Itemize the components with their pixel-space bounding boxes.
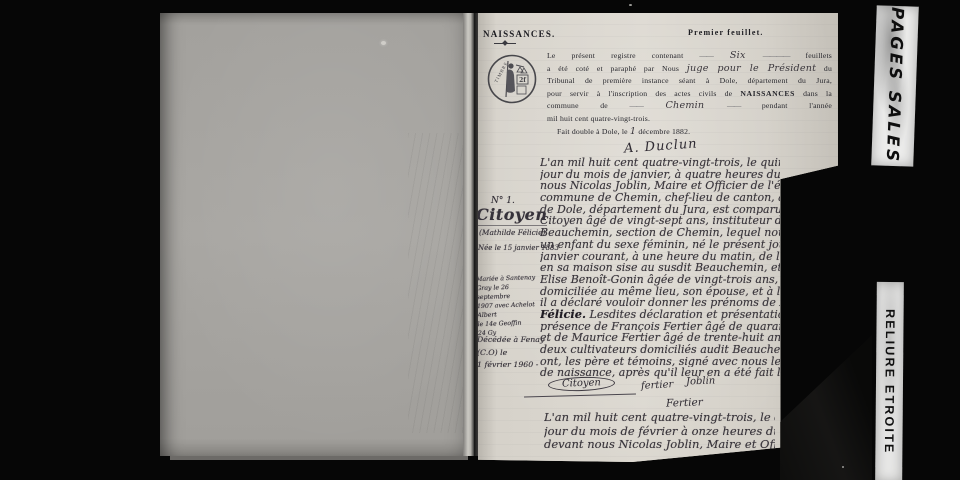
text-segment: ―― xyxy=(727,101,740,110)
text-segment: mil huit cent quatre-vingt-trois. xyxy=(547,114,650,123)
text-line: commune de ―― Chemin ―― pendant l'année xyxy=(547,100,832,113)
text-segment: ―― xyxy=(629,101,642,110)
ornament-divider xyxy=(494,41,516,46)
text-line: Elise Benoît-Gonin âgée de vingt-trois a… xyxy=(540,274,780,286)
text-segment: janvier courant, à une heure du matin, d… xyxy=(540,251,780,263)
text-line: a été coté et paraphé par Nous juge pour… xyxy=(547,63,832,76)
text-line: il a déclaré vouloir donner les prénoms … xyxy=(540,297,780,309)
label-reliure-etroite-text: RELIURE ETROITE xyxy=(882,309,897,455)
text-segment: Six xyxy=(713,50,763,61)
text-segment: décembre 1882. xyxy=(636,127,690,136)
text-line: Le présent registre contenant ―― Six ―――… xyxy=(547,50,832,63)
ornament-diamond xyxy=(502,40,508,46)
text-line: domiciliée au même lieu, son épouse, et … xyxy=(540,286,780,298)
text-segment: Fait double à Dole, le xyxy=(557,127,630,136)
margin-marriage-note: Mariée à SantenayGray le 26 septembre190… xyxy=(476,273,544,338)
dust-speck xyxy=(629,4,632,6)
text-segment: Lesdites déclaration et présentation fai… xyxy=(586,309,780,321)
text-segment: L'an mil huit cent quatre-vingt-trois, l… xyxy=(544,411,775,424)
text-line: pour servir à l'inscription des actes ci… xyxy=(547,88,832,101)
timbre-stamp-seal: 2f TIMBRE xyxy=(486,53,538,105)
feuillet-heading: Premier feuillet. xyxy=(688,28,764,37)
left-blank-page xyxy=(160,13,472,456)
text-segment: L'an mil huit cent quatre-vingt-trois, l… xyxy=(540,157,780,169)
right-register-page: NAISSANCES. Premier feuillet. 2f TIMBRE … xyxy=(478,13,846,462)
stamp-denomination-text: 2f xyxy=(519,77,526,84)
text-segment: commune de Chemin, chef-lieu de canton, … xyxy=(540,192,780,204)
text-segment: Elise Benoît-Gonin âgée de vingt-trois a… xyxy=(540,274,780,286)
signature-officer: Joblin xyxy=(686,375,716,387)
note-line: 1 février 1960 - xyxy=(477,359,547,372)
text-line: deux cultivateurs domiciliés audit Beauc… xyxy=(540,344,780,356)
text-segment: juge pour le Président xyxy=(687,63,816,74)
text-line: Beauchemin, section de Chemin, lequel no… xyxy=(540,227,780,239)
text-segment: jour du mois de février à onze heures du… xyxy=(544,425,775,438)
text-segment: ont, les père et témoins, signé avec nou… xyxy=(540,356,780,368)
text-line: ont, les père et témoins, signé avec nou… xyxy=(540,356,780,368)
text-line: jour du mois de février à onze heures du… xyxy=(544,425,775,439)
gutter-seam xyxy=(474,13,478,456)
act1-body-text: L'an mil huit cent quatre-vingt-trois, l… xyxy=(540,157,780,379)
text-segment: et de Maurice Fertier âgé de trente-huit… xyxy=(540,332,780,344)
archival-scan: NAISSANCES. Premier feuillet. 2f TIMBRE … xyxy=(0,0,960,480)
note-line: (C.O) le xyxy=(477,347,547,360)
president-signature: A. Duclun xyxy=(624,136,699,156)
label-reliure-etroite: RELIURE ETROITE xyxy=(875,282,904,480)
left-page-under-edge xyxy=(170,456,468,460)
note-line: Décédée à Fenay xyxy=(477,334,547,347)
text-line: jour du mois de janvier, à quatre heures… xyxy=(540,169,780,181)
text-segment: Félicie. xyxy=(540,309,586,321)
label-pages-sales: PAGES SALES xyxy=(871,5,919,166)
text-segment: dans la xyxy=(795,89,832,98)
text-segment: Citoyen âgé de vingt-sept ans, institute… xyxy=(540,215,780,227)
signature-witness1: fertier xyxy=(641,379,674,392)
register-preamble: Le présent registre contenant ―― Six ―――… xyxy=(547,50,832,138)
text-line: commune de Chemin, chef-lieu de canton, … xyxy=(540,192,780,204)
text-line: un enfant du sexe féminin, né le présent… xyxy=(540,239,780,251)
text-segment: présence de François Fertier âgé de quar… xyxy=(540,321,780,333)
text-line: de Dole, département du Jura, est compar… xyxy=(540,204,780,216)
text-segment: Tribunal de première instance séant à Do… xyxy=(547,76,832,85)
dust-speck xyxy=(381,41,386,45)
label-pages-sales-text: PAGES SALES xyxy=(883,7,907,165)
signature-flourish-line xyxy=(524,394,636,398)
note-line: Gray le 26 septembre xyxy=(476,282,543,302)
text-segment: Mathilde xyxy=(779,297,780,309)
text-line: L'an mil huit cent quatre-vingt-trois, l… xyxy=(544,411,775,425)
text-segment: a été coté et paraphé par Nous xyxy=(547,64,687,73)
text-segment: Le présent registre contenant xyxy=(547,51,699,60)
page-title: NAISSANCES. xyxy=(483,29,555,39)
text-segment: un enfant du sexe féminin, né le présent… xyxy=(540,239,780,251)
text-line: L'an mil huit cent quatre-vingt-trois, l… xyxy=(540,157,780,169)
ink-bleed-texture xyxy=(408,133,468,433)
margin-family-name: Citoyen xyxy=(476,205,547,226)
text-line: Félicie. Lesdites déclaration et présent… xyxy=(540,309,780,321)
text-line: devant nous Nicolas Joblin, Maire et Off… xyxy=(544,438,775,452)
text-line: Citoyen âgé de vingt-sept ans, institute… xyxy=(540,215,780,227)
text-segment: Beauchemin, section de Chemin, lequel no… xyxy=(540,227,780,239)
text-segment: il a déclaré vouloir donner les prénoms … xyxy=(540,297,779,309)
text-segment: Chemin xyxy=(643,100,727,111)
text-segment: pour servir à l'inscription des actes ci… xyxy=(547,89,740,98)
gutter-highlight xyxy=(463,13,474,456)
dust-speck xyxy=(842,466,844,468)
text-line: Tribunal de première instance séant à Do… xyxy=(547,75,832,88)
text-segment: feuillets xyxy=(789,51,832,60)
act2-body-text: L'an mil huit cent quatre-vingt-trois, l… xyxy=(544,411,775,452)
margin-death-note: Décédée à Fenay(C.O) le1 février 1960 - xyxy=(477,334,547,372)
text-segment: devant nous Nicolas Joblin, Maire et Off… xyxy=(544,438,775,451)
text-segment: en sa maison sise au susdit Beauchemin, … xyxy=(540,262,780,274)
text-segment: commune de xyxy=(547,101,629,110)
text-segment: pendant l'année xyxy=(740,101,832,110)
text-segment: nous Nicolas Joblin, Maire et Officier d… xyxy=(540,180,780,192)
text-line: mil huit cent quatre-vingt-trois. xyxy=(547,113,832,126)
text-segment: ―――― xyxy=(763,51,790,60)
text-segment: domiciliée au même lieu, son épouse, et … xyxy=(540,286,780,298)
text-line: en sa maison sise au susdit Beauchemin, … xyxy=(540,262,780,274)
signature-witness2: Fertier xyxy=(666,396,703,409)
text-segment: du xyxy=(816,64,832,73)
text-line: janvier courant, à une heure du matin, d… xyxy=(540,251,780,263)
page-stack-edge xyxy=(780,335,872,480)
text-segment: deux cultivateurs domiciliés audit Beauc… xyxy=(540,344,780,356)
text-segment: NAISSANCES xyxy=(740,89,795,98)
margin-given-names: (Mathilde Félicie) xyxy=(479,228,545,237)
text-line: présence de François Fertier âgé de quar… xyxy=(540,321,780,333)
stamp-seal-graphic: 2f TIMBRE xyxy=(486,53,538,105)
text-segment: jour du mois de janvier, à quatre heures… xyxy=(540,169,780,181)
text-segment: de Dole, département du Jura, est compar… xyxy=(540,204,780,216)
text-line: et de Maurice Fertier âgé de trente-huit… xyxy=(540,332,780,344)
text-segment: ―― xyxy=(699,51,712,60)
text-line: nous Nicolas Joblin, Maire et Officier d… xyxy=(540,180,780,192)
